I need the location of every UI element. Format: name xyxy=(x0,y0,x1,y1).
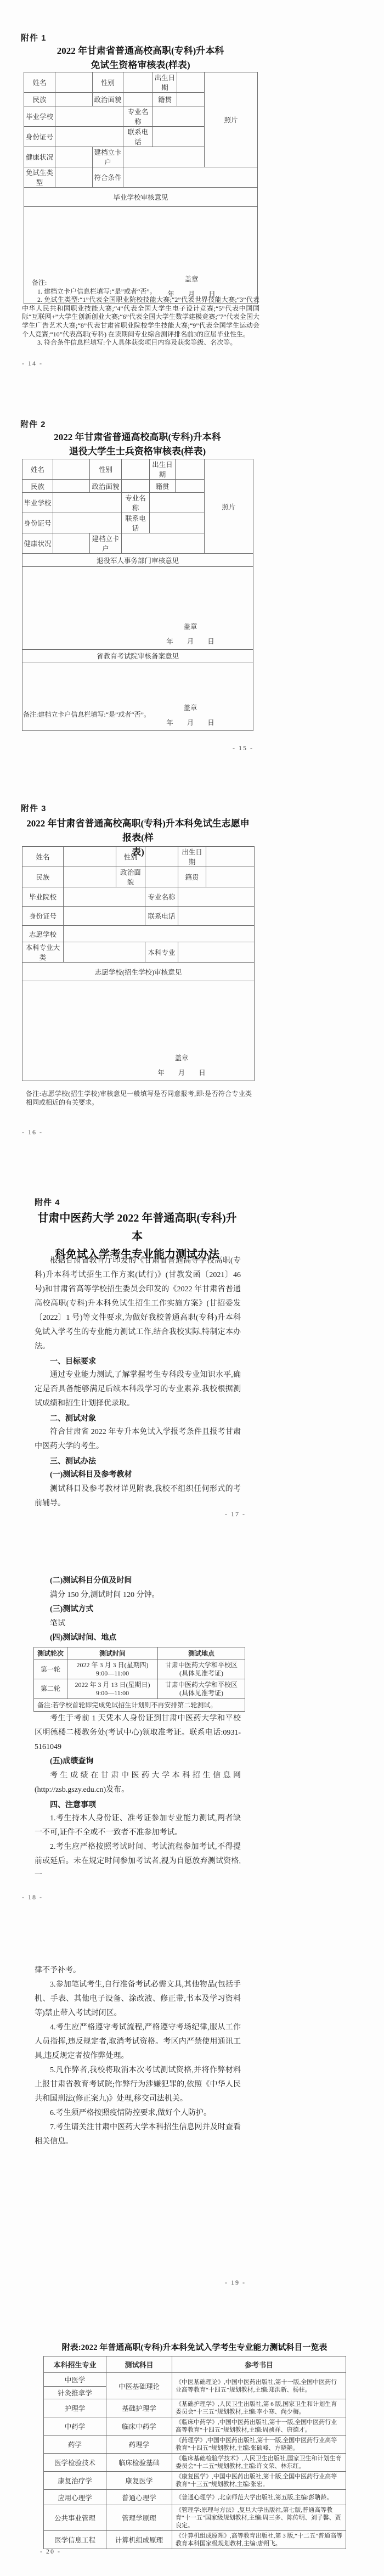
subject-cell: 临床中药学 xyxy=(106,2417,172,2436)
major-cell: 应用心理学 xyxy=(44,2490,106,2505)
major-cell: 药学 xyxy=(44,2436,106,2454)
major-cell: 公共事业管理 xyxy=(44,2505,106,2531)
subject-cell: 临床检验基础 xyxy=(106,2454,172,2472)
book-cell: 《计算机组成原理》,高等教育出版社,第 3 版,“十二五”普通高等教育本科国家级… xyxy=(172,2531,346,2549)
appendix-col-header: 测试科目 xyxy=(106,2356,172,2373)
book-cell: 《基础护理学》,人民卫生出版社,第 6 版,国家卫生和计划生育委员会“十三五”规… xyxy=(172,2399,346,2417)
subject-cell: 管理学原理 xyxy=(106,2505,172,2531)
page-appendix-table: 附表:2022 年普通高职(专科)升本科免试入学考生专业能力测试科目一览表 本科… xyxy=(0,0,384,2576)
appendix-subject-table: 本科招生专业 测试科目 参考书目 中医学 中医基础理论 《中医基础理论》,中国中… xyxy=(43,2356,346,2549)
book-cell: 《中医基础理论》,中国中医药出版社,第十一版,全国中医药行业高等教育“十四五”规… xyxy=(172,2373,346,2399)
book-cell: 《管理学:原理与方法》,复旦大学出版社,第七版,普通高等教育“十一五”国家级规划… xyxy=(172,2505,346,2531)
subject-cell: 中医基础理论 xyxy=(106,2373,172,2399)
major-cell: 医学信息工程 xyxy=(44,2531,106,2549)
subject-cell: 康复医学 xyxy=(106,2472,172,2490)
subject-cell: 普通心理学 xyxy=(106,2490,172,2505)
appendix-col-header: 本科招生专业 xyxy=(44,2356,106,2373)
book-cell: 《普通心理学》,北京师范大学出版社,第五版,主编:彭聃龄。 xyxy=(172,2490,346,2505)
major-cell: 针灸推拿学 xyxy=(44,2387,106,2399)
appendix-col-header: 参考书目 xyxy=(172,2356,346,2373)
page-number: - 20 - xyxy=(40,2547,61,2556)
scanned-document: 附件 1 2022 年甘肃省普通高校高职(专科)升本科 免试生资格审核表(样表)… xyxy=(0,0,384,2576)
subject-cell: 计算机组成原理 xyxy=(106,2531,172,2549)
major-cell: 中医学 xyxy=(44,2373,106,2387)
major-cell: 医学检验技术 xyxy=(44,2454,106,2472)
appendix-title: 附表:2022 年普通高职(专科)升本科免试入学考生专业能力测试科目一览表 xyxy=(43,2341,346,2353)
book-cell: 《药理学》,中国中医药出版社,第十一版,全国中医药行业高等教育“十四五”规划教材… xyxy=(172,2436,346,2454)
subject-cell: 基础护理学 xyxy=(106,2399,172,2417)
book-cell: 《临床基础检验学技术》,人民卫生出版社,国家卫生和计划生育委员会“十二五”规划教… xyxy=(172,2454,346,2472)
major-cell: 康复治疗学 xyxy=(44,2472,106,2490)
subject-cell: 药理学 xyxy=(106,2436,172,2454)
book-cell: 《康复医学》,中国中医药出版社,第十版,全国中医药行业高等教育“十三五”规划教材… xyxy=(172,2472,346,2490)
book-cell: 《临床中药学》,中国中医药出版社,第十一版,全国中医药行业高等教育“十四五”规划… xyxy=(172,2417,346,2436)
major-cell: 中药学 xyxy=(44,2417,106,2436)
major-cell: 护理学 xyxy=(44,2399,106,2417)
